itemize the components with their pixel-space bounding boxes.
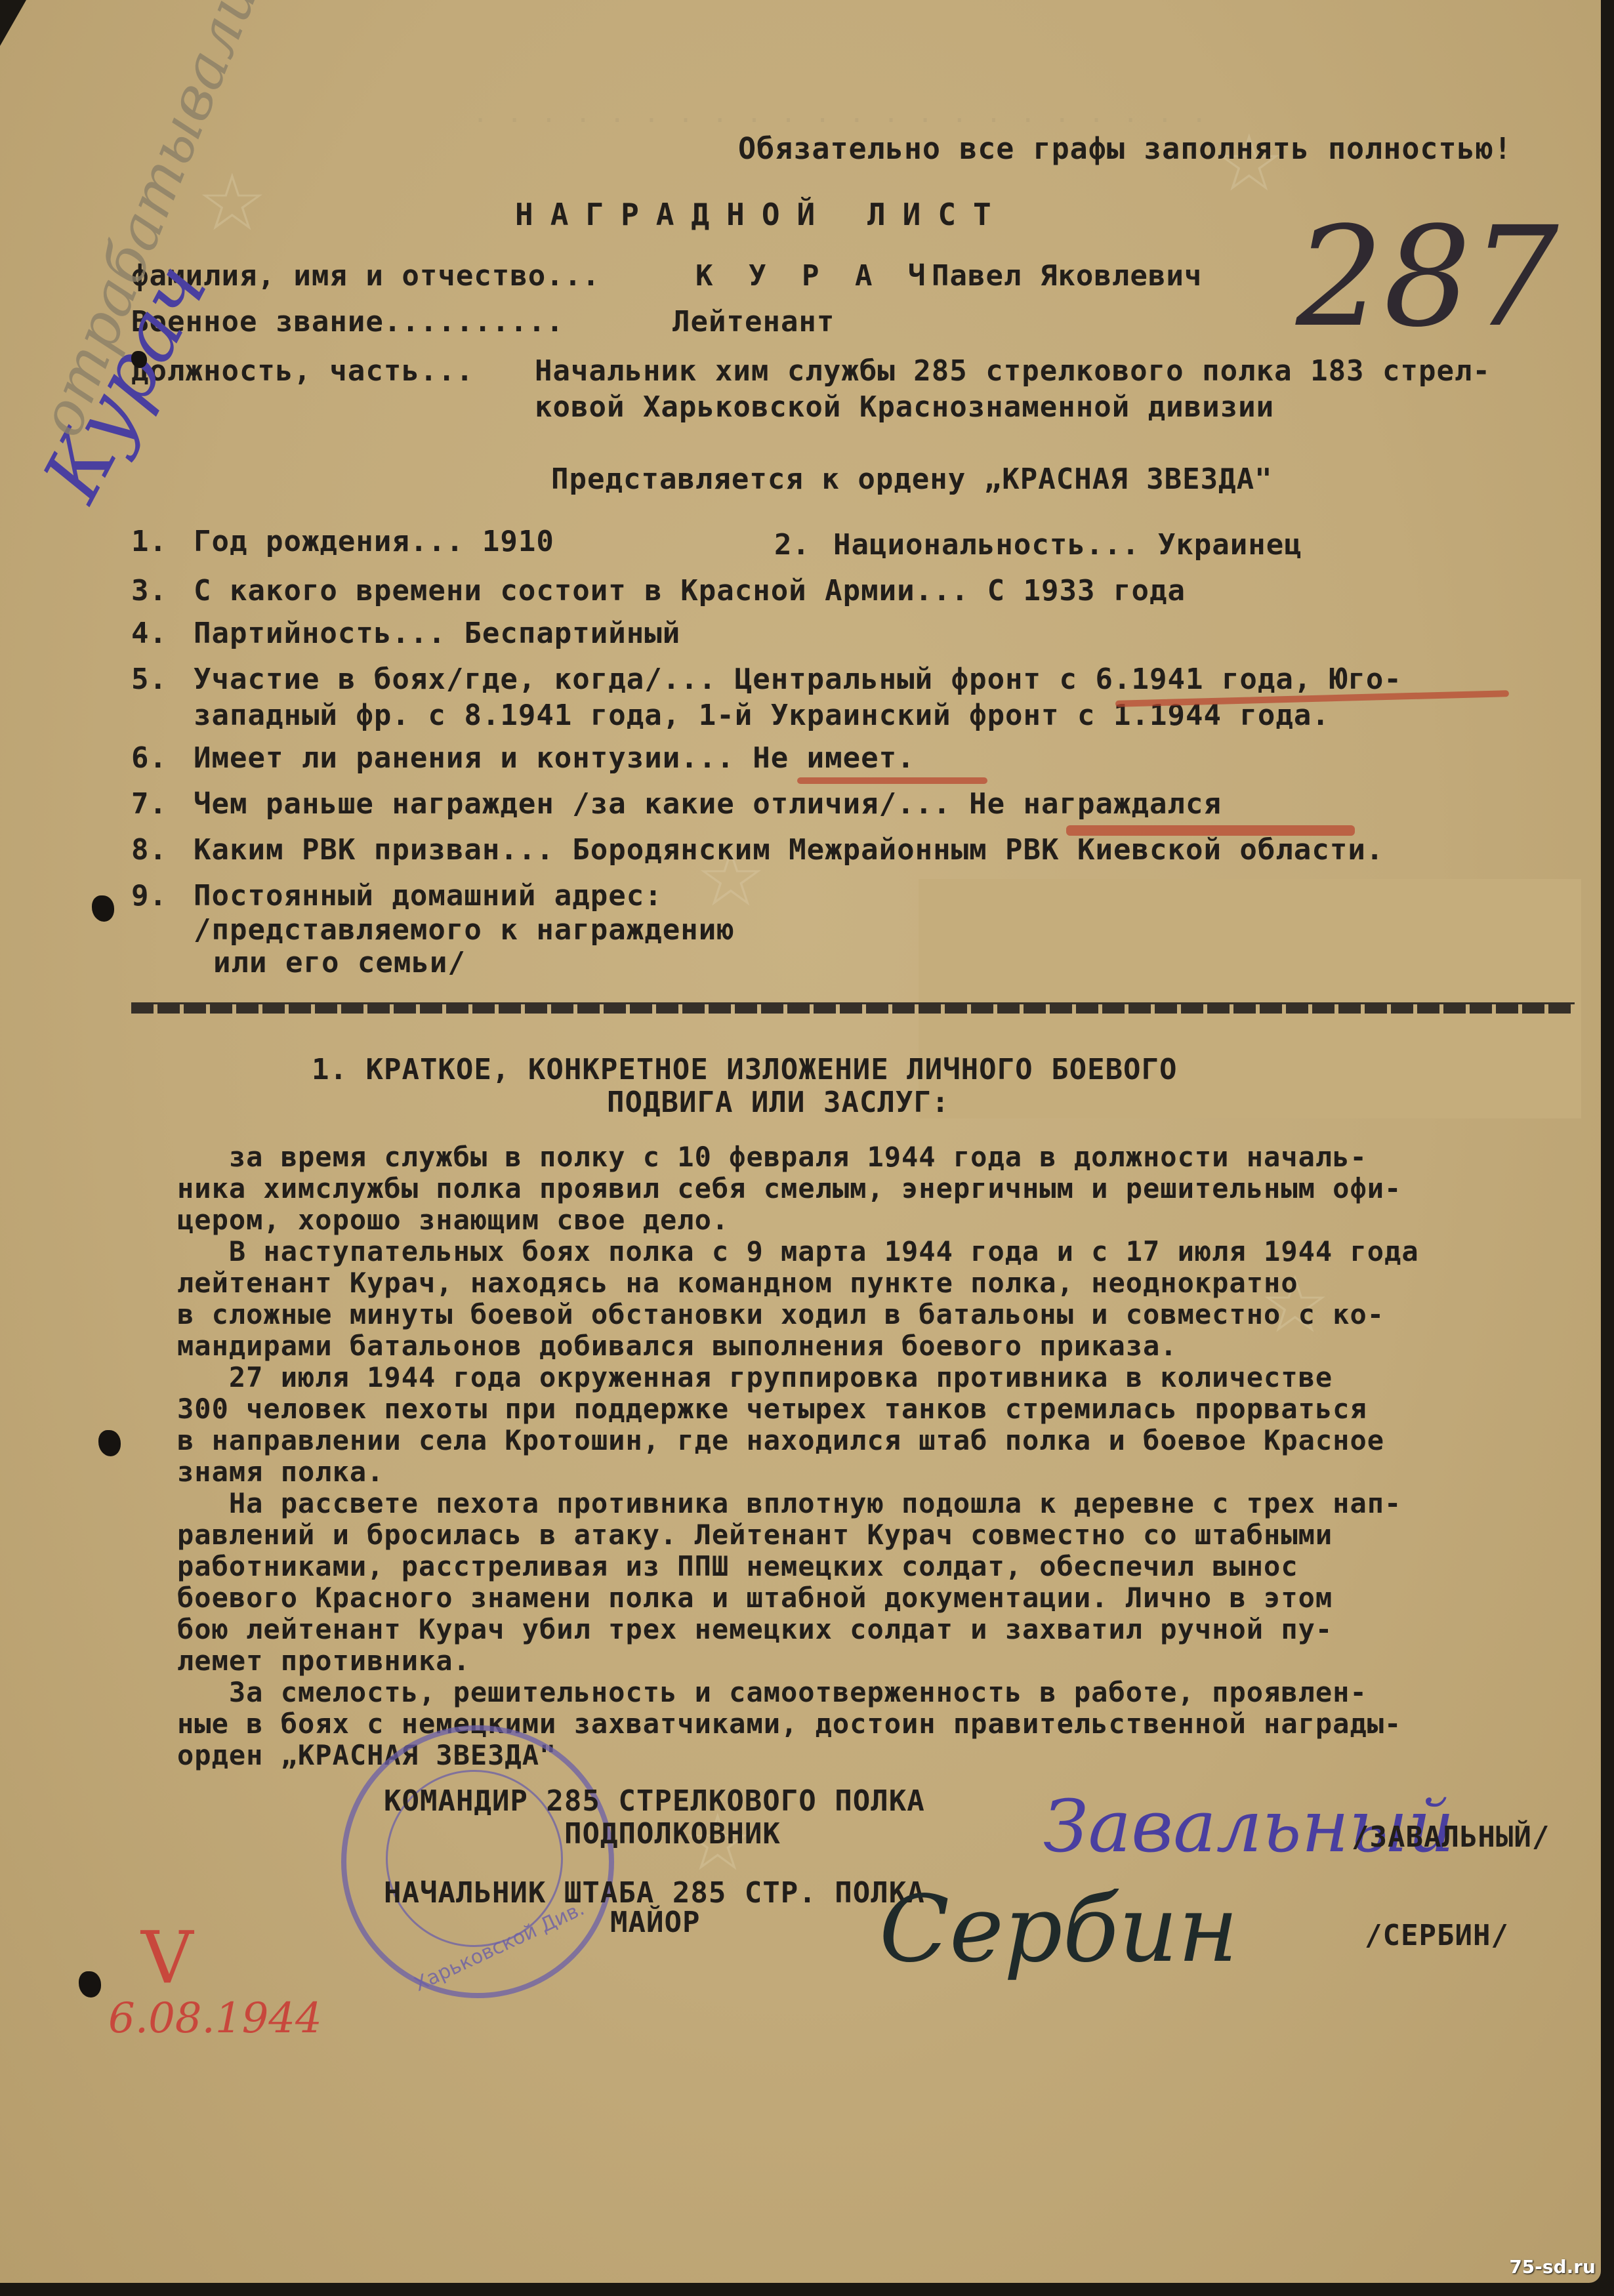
handwritten-number: 287 [1296,197,1559,358]
item-nationality: Национальность... Украинец [833,528,1302,562]
position-value-line2: ковой Харьковской Краснознаменной дивизи… [535,390,1274,424]
red-date: 6.08.1944 [108,1994,322,2043]
item-combat: Участие в боях/где, когда/... Центральны… [194,663,1402,696]
punch-hole [92,895,114,922]
narrative-line: За смелость, решительность и самоотверже… [177,1677,1419,1708]
item-birth-year: Год рождения... 1910 [194,525,554,558]
narrative-line: лемет противника. [177,1645,1419,1677]
item-draft-office: Каким РВК призван... Бородянским Межрайо… [194,833,1384,867]
narrative-line: На рассвете пехота противника вплотную п… [177,1488,1419,1519]
narrative-line: 300 человек пехоты при поддержке четырех… [177,1393,1419,1425]
item-number: 7. [131,787,167,821]
item-address-label-cont2: или его семьи/ [213,946,466,979]
narrative-line: ные в боях с немецкими захватчиками, дос… [177,1708,1419,1740]
narrative: за время службы в полку с 10 февраля 194… [177,1141,1419,1771]
item-number: 3. [131,574,167,607]
narrative-line: работниками, расстреливая из ППШ немецки… [177,1551,1419,1582]
narrative-line: равлений и бросилась в атаку. Лейтенант … [177,1519,1419,1551]
item-number: 2. [774,528,810,562]
surname-value: К У Р А Ч [695,259,934,293]
commander-title: КОМАНДИР 285 СТРЕЛКОВОГО ПОЛКА [384,1784,925,1818]
rank-value: Лейтенант [672,305,835,338]
torn-corner [0,0,26,46]
item-army-since: С какого времени состоит в Красной Армии… [194,574,1186,607]
item-address-label-cont: /представляемого к награждению [194,913,735,947]
item-number: 9. [131,879,167,912]
punch-hole [131,351,147,368]
narrative-line: орден „КРАСНАЯ ЗВЕЗДА" [177,1740,1419,1771]
narrative-line: бою лейтенант Курач убил трех немецких с… [177,1614,1419,1645]
narrative-line: знамя полка. [177,1456,1419,1488]
narrative-line: В наступательных боях полка с 9 марта 19… [177,1236,1419,1267]
punch-hole [98,1430,121,1456]
narrative-line: ника химслужбы полка проявил себя смелым… [177,1173,1419,1204]
punch-hole [79,1971,101,1998]
narrative-line: цером, хорошо знающим свое дело. [177,1204,1419,1236]
narrative-line: лейтенант Курач, находясь на командном п… [177,1267,1419,1299]
position-value-line1: Начальник хим службы 285 стрелкового пол… [535,354,1491,388]
narrative-line: боевого Красного знамени полка и штабной… [177,1582,1419,1614]
commander-rank: ПОДПОЛКОВНИК [564,1817,781,1851]
red-underline [797,777,987,784]
award-sheet: ☆ ☆ ☆ ☆ ☆ . . . . . . . . . . . . . . . … [0,0,1601,2283]
narrative-line: в сложные минуты боевой обстановки ходил… [177,1299,1419,1330]
nomination-text: Представляется к ордену „КРАСНАЯ ЗВЕЗДА" [551,462,1273,496]
chief-signature: Сербин [879,1876,1238,1983]
document-title: НАГРАДНОЙ ЛИСТ [515,197,1008,232]
name-value: Павел Яковлевич [932,259,1202,293]
chief-rank: МАЙОР [610,1906,700,1939]
red-check-mark: V [141,1916,193,1999]
item-awards: Чем раньше награжден /за какие отличия/.… [194,787,1222,821]
item-party: Партийность... Беспартийный [194,617,680,650]
chief-name: /СЕРБИН/ [1365,1919,1509,1952]
narrative-line: мандирами батальонов добивался выполнени… [177,1330,1419,1362]
item-number: 5. [131,663,167,696]
item-number: 1. [131,525,167,558]
commander-name: /ЗАВАЛЬНЫЙ/ [1352,1820,1550,1854]
separator-rule [131,1002,1575,1014]
memory-watermark-star-icon: ☆ [197,157,268,249]
show-through-text: . . . . . . . . . . . . . . . . . . . . … [472,98,1209,129]
item-number: 6. [131,741,167,775]
narrative-line: в направлении села Кротошин, где находил… [177,1425,1419,1456]
narrative-line: 27 июля 1944 года окруженная группировка… [177,1362,1419,1393]
site-watermark: 75-sd.ru [1509,2256,1596,2278]
section-title-line2: ПОДВИГА ИЛИ ЗАСЛУГ: [607,1086,949,1119]
item-number: 4. [131,617,167,650]
narrative-line: за время службы в полку с 10 февраля 194… [177,1141,1419,1173]
chief-title: НАЧАЛЬНИК ШТАБА 285 СТР. ПОЛКА [384,1876,925,1910]
item-number: 8. [131,833,167,867]
instruction-text: Обязательно все графы заполнять полность… [738,131,1512,166]
item-address-label: Постоянный домашний адрес: [194,879,663,912]
item-wounds: Имеет ли ранения и контузии... Не имеет. [194,741,915,775]
section-title-line1: 1. КРАТКОЕ, КОНКРЕТНОЕ ИЗЛОЖЕНИЕ ЛИЧНОГО… [312,1053,1178,1086]
